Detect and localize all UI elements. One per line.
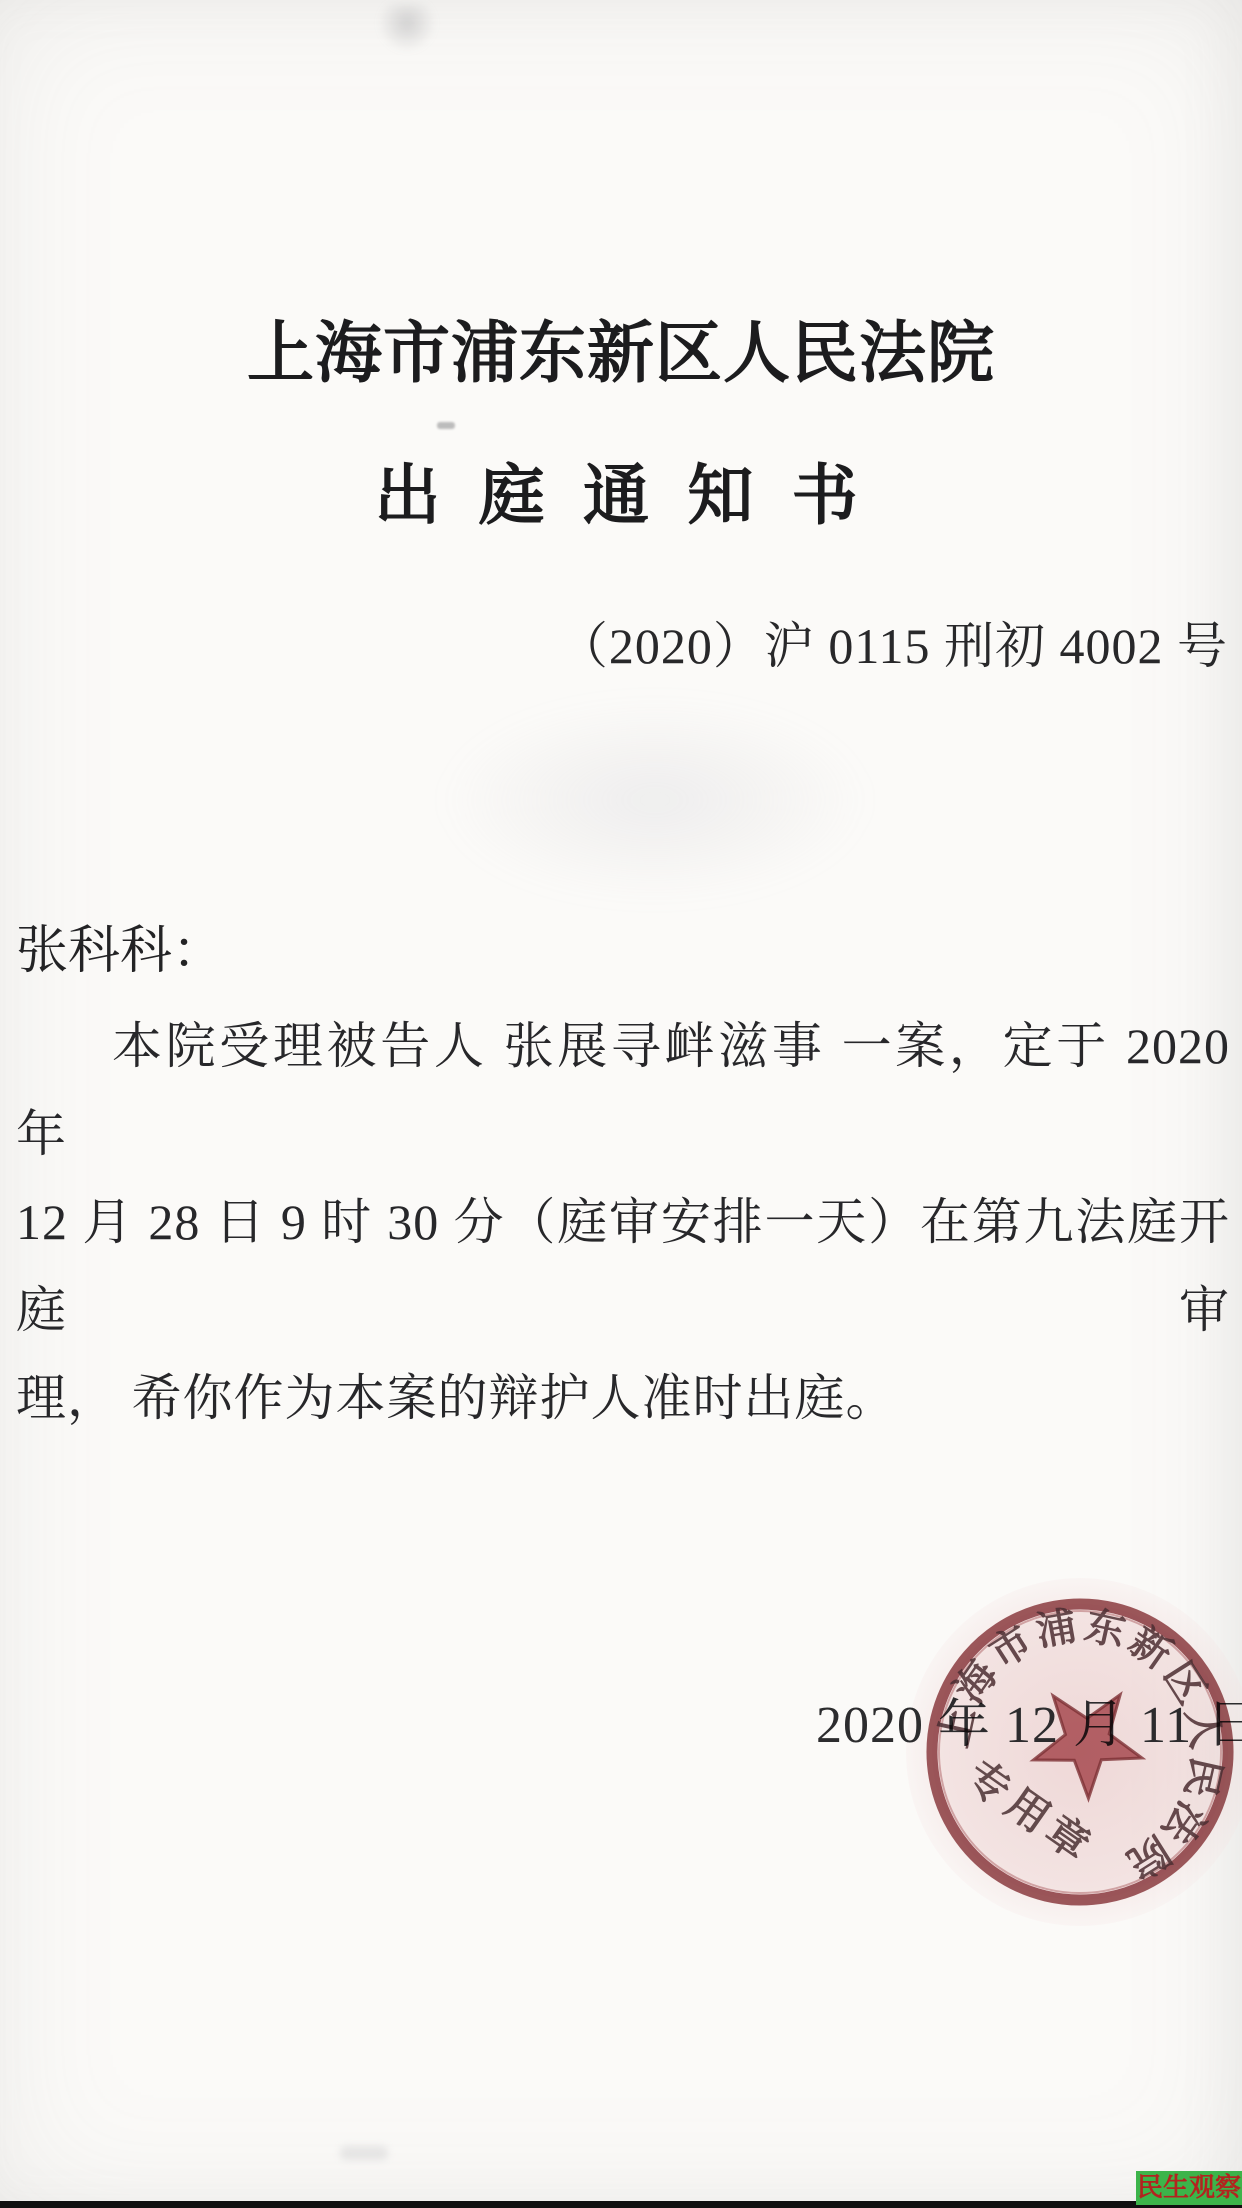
case-number: （2020）沪 0115 刑初 4002 号 bbox=[0, 606, 1228, 678]
court-notice-document: 上海市浦东新区人民法院 出 庭 通 知 书 （2020）沪 0115 刑初 40… bbox=[0, 0, 1242, 2208]
court-name-heading: 上海市浦东新区人民法院 bbox=[0, 300, 1242, 396]
official-court-seal: 上海市浦东新区人民法院 专用章 bbox=[920, 1592, 1240, 1912]
photo-artifact bbox=[440, 700, 870, 900]
addressee-name: 张科科： bbox=[16, 908, 224, 983]
body-line: 12 月 28 日 9 时 30 分（庭审安排一天）在第九法庭开庭审 bbox=[16, 1178, 1230, 1354]
photo-artifact bbox=[378, 4, 436, 52]
photo-artifact bbox=[340, 2146, 388, 2160]
watermark-badge: 民生观察 bbox=[1136, 2171, 1242, 2205]
watermark-label: 民生观察 bbox=[1137, 2171, 1241, 2205]
bottom-border-line bbox=[0, 2201, 1242, 2208]
body-line: 本院受理被告人 张展寻衅滋事 一案，定于 2020 年 bbox=[16, 1002, 1230, 1178]
body-line: 理， 希你作为本案的辩护人准时出庭。 bbox=[16, 1354, 1230, 1442]
document-title: 出 庭 通 知 书 bbox=[0, 442, 1242, 537]
photo-artifact bbox=[437, 422, 455, 429]
notice-body: 本院受理被告人 张展寻衅滋事 一案，定于 2020 年 12 月 28 日 9 … bbox=[16, 1002, 1230, 1442]
